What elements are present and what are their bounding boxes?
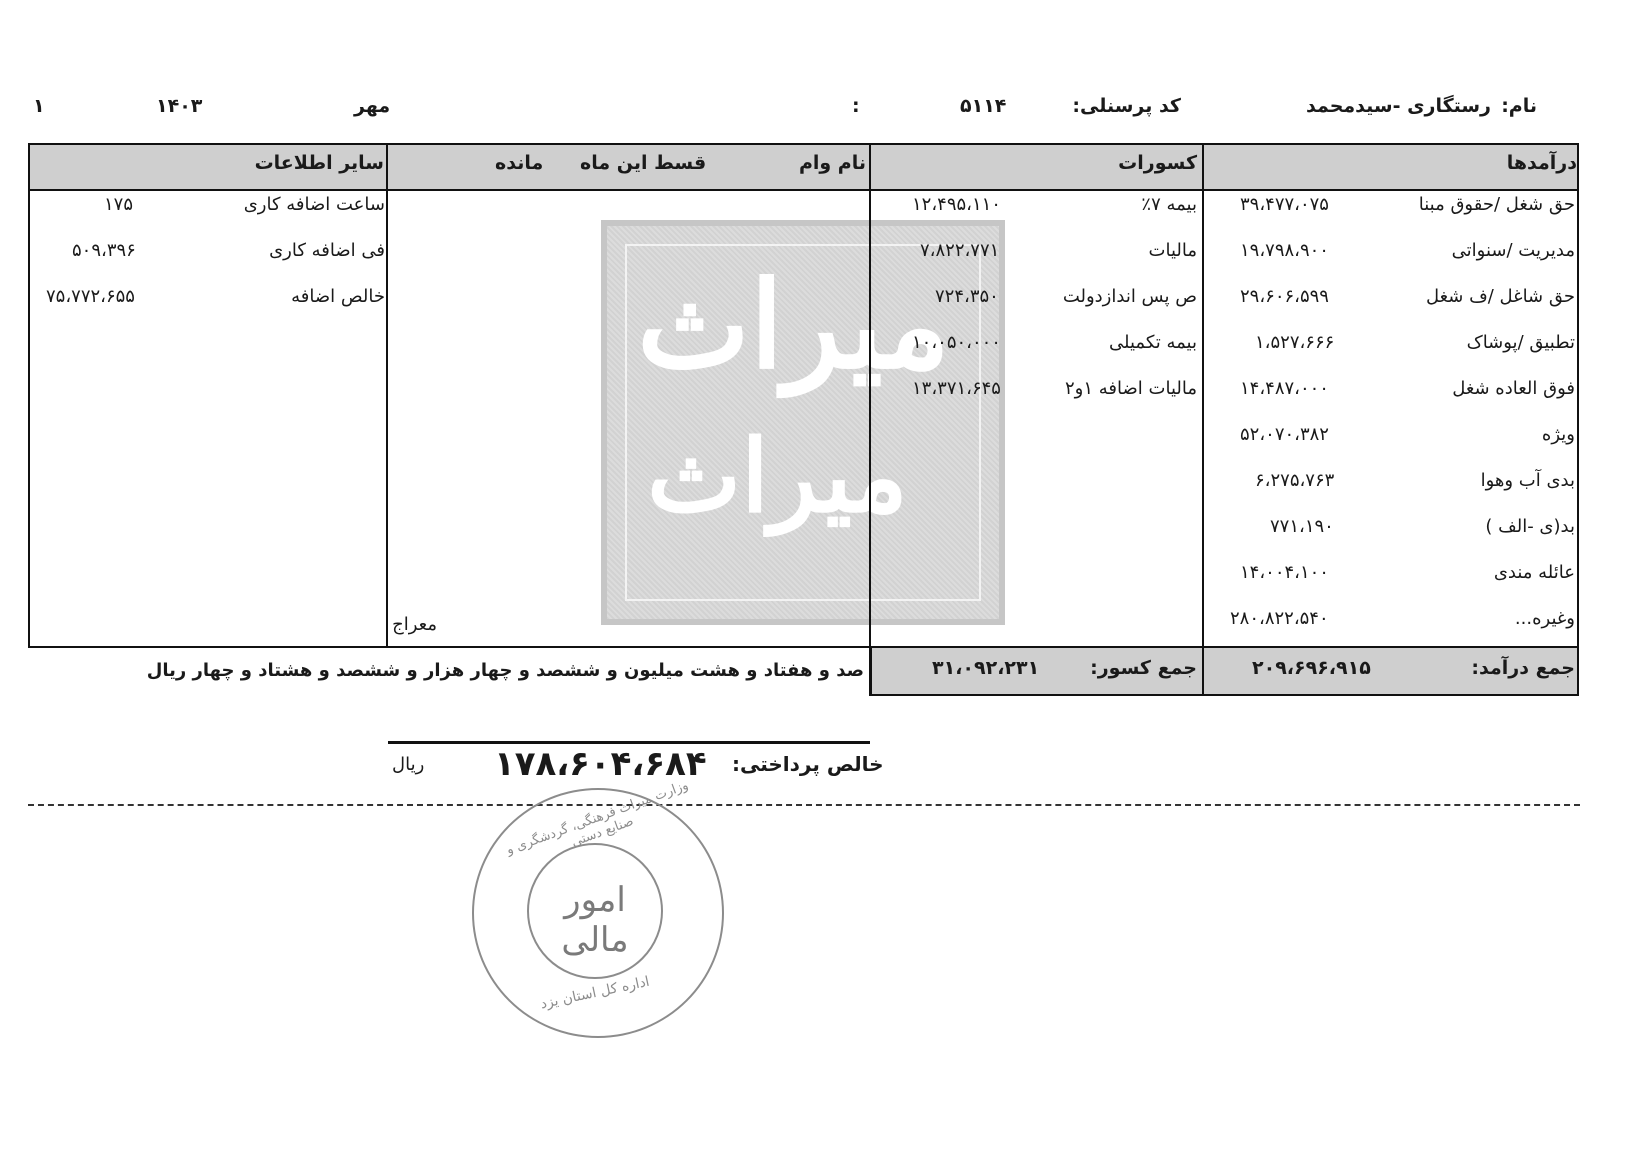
employee-name-label: نام: xyxy=(1501,95,1537,117)
col-header-other-info: سایر اطلاعات xyxy=(255,152,384,174)
total-income-value: ۲۰۹،۶۹۶،۹۱۵ xyxy=(1252,657,1371,679)
payslip-table xyxy=(28,143,1579,648)
deduction-label: مالیات اضافه ۱و۲ xyxy=(1065,378,1197,399)
deduction-label: مالیات xyxy=(1149,240,1197,261)
income-label: ویژه xyxy=(1542,424,1575,445)
divider-income-deductions xyxy=(1202,143,1204,696)
income-value: ۱۴،۴۸۷،۰۰۰ xyxy=(1240,378,1329,399)
income-value: ۲۸۰،۸۲۲،۵۴۰ xyxy=(1230,608,1329,629)
col-header-loan-name: نام وام xyxy=(799,152,866,174)
amount-in-words: صد و هفتاد و هشت میلیون و ششصد و چهار هز… xyxy=(147,660,864,681)
other-info-value: ۱۷۵ xyxy=(104,194,133,215)
total-deduction-value: ۳۱،۰۹۲،۲۳۱ xyxy=(932,657,1039,679)
other-info-label: ساعت اضافه کاری xyxy=(244,194,385,215)
income-label: حق شاغل /ف شغل xyxy=(1426,286,1575,307)
deduction-value: ۱۳،۳۷۱،۶۴۵ xyxy=(912,378,1001,399)
cut-line xyxy=(28,804,1580,806)
income-label: فوق العاده شغل xyxy=(1452,378,1575,399)
col-header-income: درآمدها xyxy=(1507,152,1577,174)
deduction-value: ۱۲،۴۹۵،۱۱۰ xyxy=(912,194,1001,215)
deduction-value: ۱۰،۰۵۰،۰۰۰ xyxy=(912,332,1001,353)
col-header-deductions: کسورات xyxy=(1118,152,1197,174)
income-value: ۱۹،۷۹۸،۹۰۰ xyxy=(1240,240,1329,261)
divider-loans-info xyxy=(386,143,388,648)
stamp-center-text: امور مالی xyxy=(535,880,655,960)
income-label: وغیره... xyxy=(1515,608,1575,629)
col-header-remaining: مانده xyxy=(495,152,543,174)
net-pay-currency: ریال xyxy=(392,754,424,775)
income-label: حق شغل /حقوق مبنا xyxy=(1419,194,1575,215)
deduction-label: بیمه ۷٪ xyxy=(1141,194,1197,215)
other-info-label: خالص اضافه xyxy=(291,286,385,307)
total-deduction-label: جمع کسور: xyxy=(1090,657,1197,679)
other-info-label: فی اضافه کاری xyxy=(269,240,385,261)
page-number: ۱ xyxy=(33,95,45,117)
income-value: ۲۹،۶۰۶،۵۹۹ xyxy=(1240,286,1329,307)
income-label: بدی آب وهوا xyxy=(1481,470,1575,491)
divider-totals xyxy=(1202,648,1204,696)
income-value: ۱۴،۰۰۴،۱۰۰ xyxy=(1240,562,1329,583)
deduction-value: ۷،۸۲۲،۷۷۱ xyxy=(920,240,999,261)
other-info-value: ۵۰۹،۳۹۶ xyxy=(72,240,136,261)
header-colon: : xyxy=(852,95,860,117)
income-value: ۱،۵۲۷،۶۶۶ xyxy=(1255,332,1334,353)
loan-name: معراج xyxy=(392,614,437,635)
deduction-value: ۷۲۴،۳۵۰ xyxy=(935,286,999,307)
net-pay-label: خالص پرداختی: xyxy=(732,752,884,776)
personnel-code-label: کد پرسنلی: xyxy=(1072,95,1181,117)
income-value: ۳۹،۴۷۷،۰۷۵ xyxy=(1240,194,1329,215)
income-label: عائله مندی xyxy=(1494,562,1575,583)
employee-name: رستگاری -سیدمحمد xyxy=(1306,95,1491,117)
personnel-code: ۵۱۱۴ xyxy=(960,95,1006,117)
total-income-label: جمع درآمد: xyxy=(1471,657,1575,679)
month: مهر xyxy=(354,95,390,117)
deduction-label: ص پس اندازدولت xyxy=(1063,286,1197,307)
net-pay-value: ۱۷۸،۶۰۴،۶۸۴ xyxy=(494,744,707,784)
year: ۱۴۰۳ xyxy=(156,95,202,117)
divider-deductions-loans xyxy=(869,143,871,696)
col-header-installment: قسط این ماه xyxy=(580,152,706,174)
income-value: ۵۲،۰۷۰،۳۸۲ xyxy=(1240,424,1329,445)
other-info-value: ۷۵،۷۷۲،۶۵۵ xyxy=(46,286,135,307)
income-label: بد(ی -الف ) xyxy=(1485,516,1575,537)
income-value: ۷۷۱،۱۹۰ xyxy=(1270,516,1334,537)
income-label: تطبیق /پوشاک xyxy=(1467,332,1575,353)
income-label: مدیریت /سنواتی xyxy=(1452,240,1575,261)
deduction-label: بیمه تکمیلی xyxy=(1109,332,1197,353)
income-value: ۶،۲۷۵،۷۶۳ xyxy=(1255,470,1334,491)
